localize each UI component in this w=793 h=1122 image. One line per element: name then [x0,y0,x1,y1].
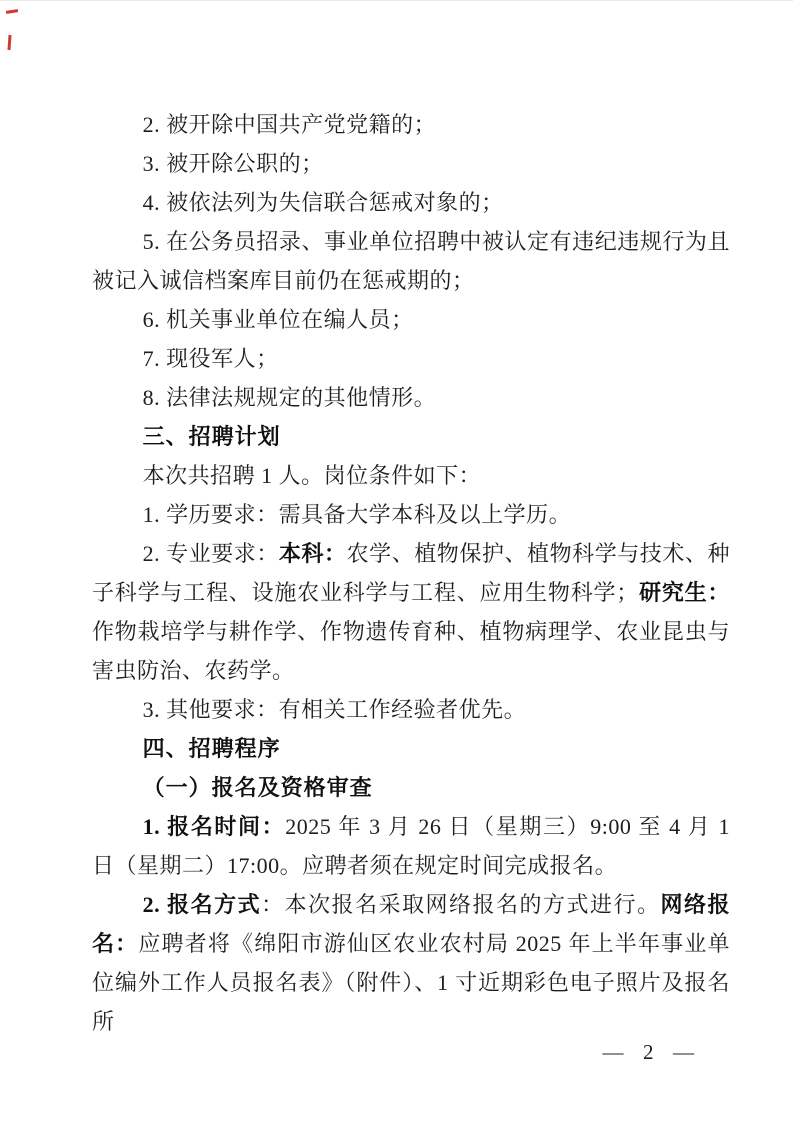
section-heading: 四、招聘程序 [92,729,730,768]
text-segment: 3. 被开除公职的； [143,151,324,176]
bold-text-segment: 本科： [279,541,347,566]
text-segment: 四、招聘程序 [143,736,281,761]
paragraph: 7. 现役军人； [92,339,730,378]
text-segment: 7. 现役军人； [143,346,279,371]
section-heading: （一）报名及资格审查 [92,768,730,807]
paragraph: 3. 被开除公职的； [92,144,730,183]
red-revision-mark-top [6,9,18,14]
paragraph: 3. 其他要求：有相关工作经验者优先。 [92,690,730,729]
bold-text-segment: 研究生： [639,580,730,605]
text-segment: 作物栽培学与耕作学、作物遗传育种、植物病理学、农业昆虫与害虫防治、农药学。 [92,619,730,683]
text-segment: 6. 机关事业单位在编人员； [143,307,414,332]
paragraph: 2. 报名方式：本次报名采取网络报名的方式进行。网络报名：应聘者将《绵阳市游仙区… [92,885,730,1041]
text-segment: ：本次报名采取网络报名的方式进行。 [261,892,660,917]
paragraph: 1. 学历要求：需具备大学本科及以上学历。 [92,495,730,534]
text-segment: 5. 在公务员招录、事业单位招聘中被认定有违纪违规行为且被记入诚信档案库目前仍在… [92,229,730,293]
red-revision-mark-bottom [7,35,11,50]
paragraph: 1. 报名时间：2025 年 3 月 26 日（星期三）9:00 至 4 月 1… [92,807,730,885]
text-segment: 1. 学历要求：需具备大学本科及以上学历。 [143,502,572,527]
text-segment: 三、招聘计划 [143,424,281,449]
paragraph: 2. 专业要求：本科：农学、植物保护、植物科学与技术、种子科学与工程、设施农业科… [92,534,730,690]
text-segment: 4. 被依法列为失信联合惩戒对象的； [143,190,504,215]
text-segment: （一）报名及资格审查 [143,775,373,800]
paragraph: 本次共招聘 1 人。岗位条件如下： [92,456,730,495]
paragraph: 2. 被开除中国共产党党籍的； [92,105,730,144]
text-segment: 2. 专业要求： [143,541,279,566]
paragraph: 4. 被依法列为失信联合惩戒对象的； [92,183,730,222]
document-page: 2. 被开除中国共产党党籍的；3. 被开除公职的；4. 被依法列为失信联合惩戒对… [0,0,793,1122]
document-body: 2. 被开除中国共产党党籍的；3. 被开除公职的；4. 被依法列为失信联合惩戒对… [92,105,730,1041]
paragraph: 8. 法律法规规定的其他情形。 [92,378,730,417]
text-segment: 应聘者将《绵阳市游仙区农业农村局 2025 年上半年事业单位编外工作人员报名表》… [92,931,730,1034]
text-segment: 2. 被开除中国共产党党籍的； [143,112,437,137]
bold-text-segment: 2. 报名方式 [143,892,261,917]
text-segment: 本次共招聘 1 人。岗位条件如下： [143,463,482,488]
paragraph: 6. 机关事业单位在编人员； [92,300,730,339]
section-heading: 三、招聘计划 [92,417,730,456]
bold-text-segment: 1. 报名时间： [143,814,286,839]
text-segment: 3. 其他要求：有相关工作经验者优先。 [143,697,527,722]
text-segment: 8. 法律法规规定的其他情形。 [143,385,437,410]
paragraph: 5. 在公务员招录、事业单位招聘中被认定有违纪违规行为且被记入诚信档案库目前仍在… [92,222,730,300]
page-number: — 2 — [603,1037,698,1067]
